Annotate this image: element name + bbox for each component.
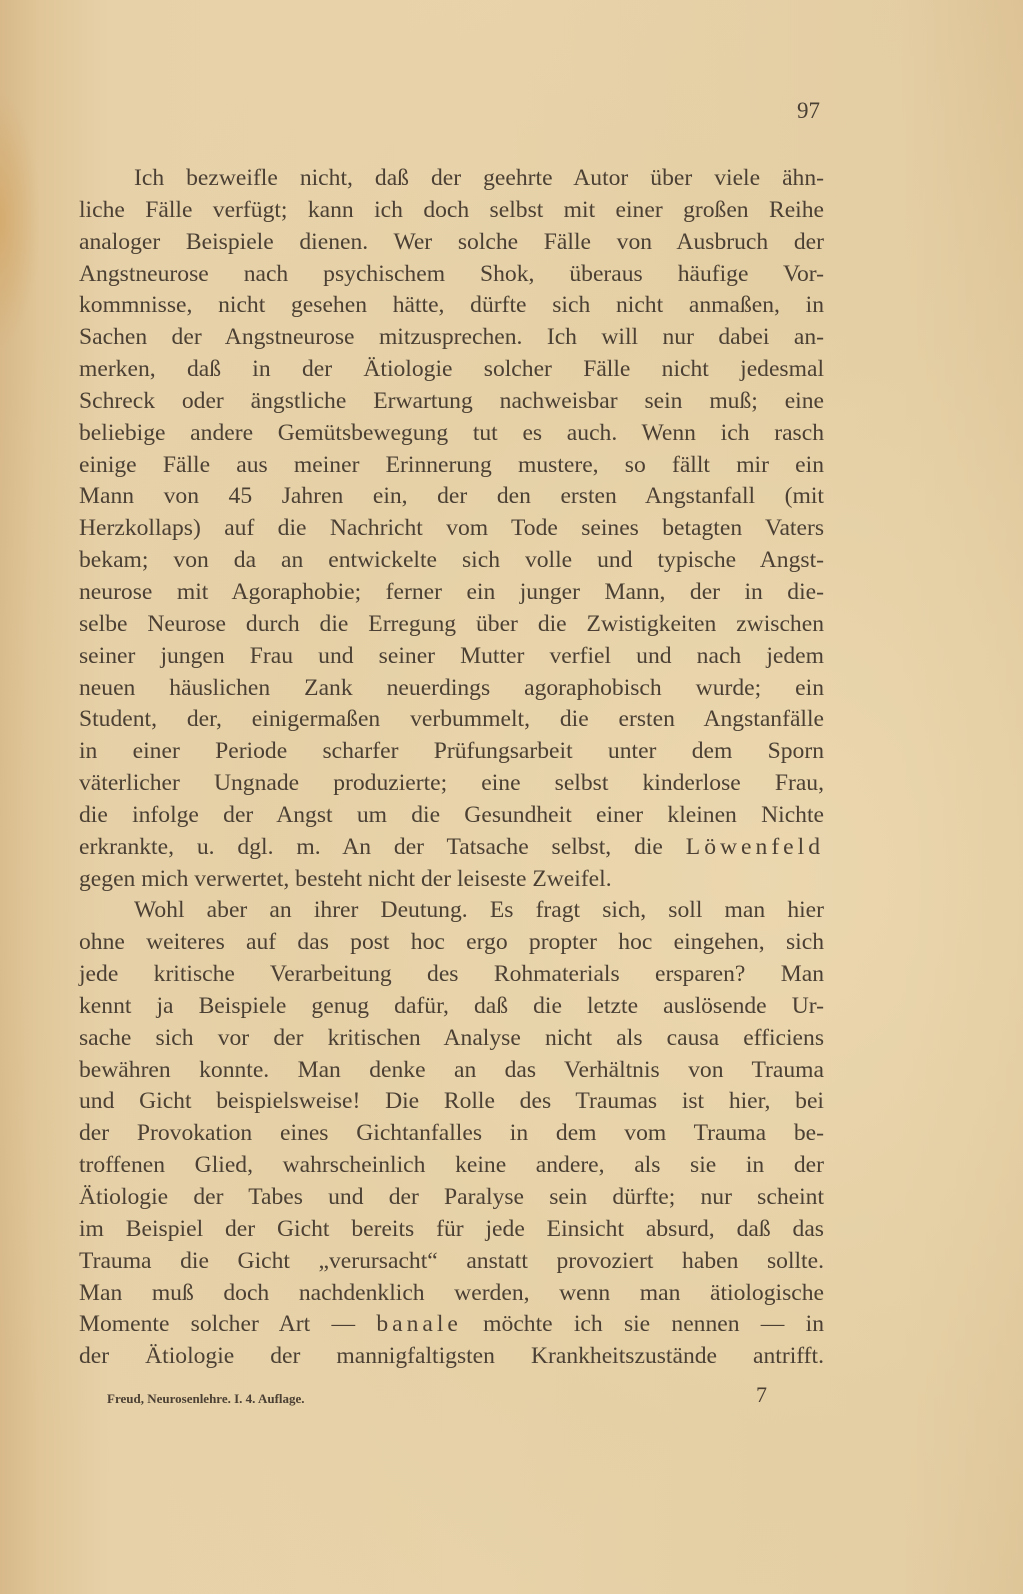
text-line: gegen mich verwertet, besteht nicht der … — [79, 864, 824, 896]
text-line: die infolge der Angst um die Gesundheit … — [79, 800, 824, 832]
text-line: in einer Periode scharfer Prüfungsarbeit… — [79, 736, 824, 768]
text-line: troffenen Glied, wahrscheinlich keine an… — [79, 1150, 824, 1182]
text-line: bekam; von da an entwickelte sich volle … — [79, 545, 824, 577]
text-line: Man muß doch nachdenklich werden, wenn m… — [79, 1278, 824, 1310]
page-number: 97 — [797, 98, 820, 124]
signature-mark: 7 — [756, 1382, 767, 1408]
text-line: analoger Beispiele dienen. Wer solche Fä… — [79, 227, 824, 259]
footer-citation: Freud, Neurosenlehre. I. 4. Auflage. — [107, 1391, 305, 1407]
text-line: Mann von 45 Jahren ein, der den ersten A… — [79, 481, 824, 513]
text-line: Angstneurose nach psychischem Shok, über… — [79, 259, 824, 291]
text-line: Student, der, einigermaßen verbummelt, d… — [79, 704, 824, 736]
text-line: und Gicht beispielsweise! Die Rolle des … — [79, 1086, 824, 1118]
text-line-with-spaced-word: Momente solcher Art — banale möchte ich … — [79, 1309, 824, 1341]
text-line: liche Fälle verfügt; kann ich doch selbs… — [79, 195, 824, 227]
text-line-with-name: erkrankte, u. dgl. m. An der Tatsache se… — [79, 832, 824, 864]
text-line: Sachen der Angstneurose mitzusprechen. I… — [79, 322, 824, 354]
text-line: kommnisse, nicht gesehen hätte, dürfte s… — [79, 290, 824, 322]
text-line: väterlicher Ungnade produzierte; eine se… — [79, 768, 824, 800]
text-fragment: erkrankte, u. dgl. m. An der Tatsache se… — [79, 834, 663, 860]
spaced-word: banale — [376, 1311, 462, 1337]
text-line: selbe Neurose durch die Erregung über di… — [79, 609, 824, 641]
text-line: merken, daß in der Ätiologie solcher Fäl… — [79, 354, 824, 386]
body-text: Ich bezweifle nicht, daß der geehrte Aut… — [79, 163, 824, 1373]
text-line: der Ätiologie der mannigfaltigsten Krank… — [79, 1341, 824, 1373]
text-line: der Provokation eines Gichtanfalles in d… — [79, 1118, 824, 1150]
text-line: seiner jungen Frau und seiner Mutter ver… — [79, 641, 824, 673]
text-line: im Beispiel der Gicht bereits für jede E… — [79, 1214, 824, 1246]
text-line: kennt ja Beispiele genug dafür, daß die … — [79, 991, 824, 1023]
text-line: Ich bezweifle nicht, daß der geehrte Aut… — [79, 163, 824, 195]
paper-stain — [0, 90, 40, 350]
text-line: Wohl aber an ihrer Deutung. Es fragt sic… — [79, 895, 824, 927]
text-line: Schreck oder ängstliche Erwartung nachwe… — [79, 386, 824, 418]
spaced-name: Löwenfeld — [686, 834, 824, 860]
text-line: neuen häuslichen Zank neuerdings agoraph… — [79, 673, 824, 705]
text-line: beliebige andere Gemütsbewegung tut es a… — [79, 418, 824, 450]
text-line: Herzkollaps) auf die Nachricht vom Tode … — [79, 513, 824, 545]
text-line: jede kritische Verarbeitung des Rohmater… — [79, 959, 824, 991]
text-line: sache sich vor der kritischen Analyse ni… — [79, 1023, 824, 1055]
text-line: einige Fälle aus meiner Erinnerung muste… — [79, 450, 824, 482]
text-line: neurose mit Agoraphobie; ferner ein jung… — [79, 577, 824, 609]
text-line: Ätiologie der Tabes und der Paralyse sei… — [79, 1182, 824, 1214]
text-fragment: Momente solcher Art — — [79, 1311, 355, 1337]
book-page: 97 Ich bezweifle nicht, daß der geehrte … — [0, 0, 1023, 1594]
text-fragment: möchte ich sie nennen — in — [483, 1311, 824, 1337]
text-line: bewähren konnte. Man denke an das Verhäl… — [79, 1055, 824, 1087]
text-line: Trauma die Gicht „verursacht“ anstatt pr… — [79, 1246, 824, 1278]
text-line: ohne weiteres auf das post hoc ergo prop… — [79, 927, 824, 959]
